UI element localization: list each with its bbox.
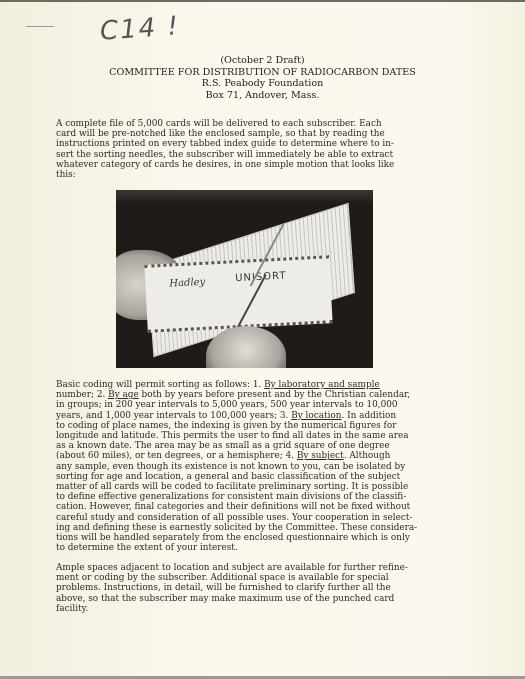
- paragraph-spaces: Ample spaces adjacent to location and su…: [56, 563, 486, 614]
- address: Box 71, Andover, Mass.: [0, 90, 525, 102]
- underlined-heading: By location: [291, 411, 341, 421]
- underlined-heading: By subject: [297, 451, 344, 461]
- handwritten-note: C14 !: [99, 11, 181, 47]
- draft-label: (October 2 Draft): [0, 55, 525, 67]
- text-line: any sample, even though its existence is…: [56, 462, 486, 472]
- text-run: cation. However, final categories and th…: [56, 502, 410, 512]
- pencil-mark: [26, 26, 54, 27]
- text-line: Ample spaces adjacent to location and su…: [56, 563, 486, 573]
- text-line: number; 2. By age both by years before p…: [56, 390, 486, 400]
- text-line: ing and defining these is earnestly soli…: [56, 523, 486, 533]
- text-line: instructions printed on every tabbed ind…: [56, 139, 486, 149]
- text-line: as a known date. The area may be as smal…: [56, 441, 486, 451]
- paragraph-coding: Basic coding will permit sorting as foll…: [56, 380, 486, 553]
- underlined-heading: By laboratory and sample: [264, 380, 380, 390]
- foundation-name: R.S. Peabody Foundation: [0, 78, 525, 90]
- text-run: longitude and latitude. This permits the…: [56, 431, 409, 441]
- text-line: to determine the extent of your interest…: [56, 543, 486, 553]
- text-line: A complete file of 5,000 cards will be d…: [56, 119, 486, 129]
- text-run: matter of all cards will be coded to fac…: [56, 482, 408, 492]
- text-line: tions will be handled separately from th…: [56, 533, 486, 543]
- text-line: problems. Instructions, in detail, will …: [56, 583, 486, 593]
- text-line: longitude and latitude. This permits the…: [56, 431, 486, 441]
- text-line: (about 60 miles), or ten degrees, or a h…: [56, 451, 486, 461]
- text-line: sorting for age and location, a general …: [56, 472, 486, 482]
- text-run: Basic coding will permit sorting as foll…: [56, 380, 264, 390]
- text-line: in groups; in 200 year intervals to 5,00…: [56, 400, 486, 410]
- text-run: as a known date. The area may be as smal…: [56, 441, 390, 451]
- text-run: careful study and consideration of all p…: [56, 513, 412, 523]
- text-run: . In addition: [341, 411, 396, 421]
- text-run: sorting for age and location, a general …: [56, 472, 400, 482]
- text-line: above, so that the subscriber may make m…: [56, 594, 486, 604]
- text-line: to define effective generalizations for …: [56, 492, 486, 502]
- document-page: C14 ! (October 2 Draft) COMMITTEE FOR DI…: [0, 0, 525, 679]
- text-line: years, and 1,000 year intervals to 100,0…: [56, 411, 486, 421]
- committee-name: COMMITTEE FOR DISTRIBUTION OF RADIOCARBO…: [0, 67, 525, 79]
- text-run: both by years before present and by the …: [139, 390, 411, 400]
- text-line: matter of all cards will be coded to fac…: [56, 482, 486, 492]
- card-brand: Hadley: [169, 277, 205, 290]
- text-run: number; 2.: [56, 390, 108, 400]
- text-line: facility.: [56, 604, 486, 614]
- text-run: tions will be handled separately from th…: [56, 533, 410, 543]
- text-run: (about 60 miles), or ten degrees, or a h…: [56, 451, 297, 461]
- underlined-heading: By age: [108, 390, 139, 400]
- text-run: to coding of place names, the indexing i…: [56, 421, 396, 431]
- letterhead: (October 2 Draft) COMMITTEE FOR DISTRIBU…: [0, 55, 525, 101]
- text-run: . Although: [344, 451, 391, 461]
- paragraph-intro: A complete file of 5,000 cards will be d…: [56, 119, 486, 180]
- text-line: this:: [56, 170, 486, 180]
- text-line: to coding of place names, the indexing i…: [56, 421, 486, 431]
- scan-top-edge: [0, 0, 525, 2]
- text-line: careful study and consideration of all p…: [56, 513, 486, 523]
- text-line: cation. However, final categories and th…: [56, 502, 486, 512]
- text-run: to define effective generalizations for …: [56, 492, 406, 502]
- text-line: card will be pre-notched like the enclos…: [56, 129, 486, 139]
- text-run: to determine the extent of your interest…: [56, 543, 238, 553]
- text-run: in groups; in 200 year intervals to 5,00…: [56, 400, 398, 410]
- text-line: sert the sorting needles, the subscriber…: [56, 150, 486, 160]
- text-run: years, and 1,000 year intervals to 100,0…: [56, 411, 291, 421]
- text-line: ment or coding by the subscriber. Additi…: [56, 573, 486, 583]
- text-line: Basic coding will permit sorting as foll…: [56, 380, 486, 390]
- text-line: whatever category of cards he desires, i…: [56, 160, 486, 170]
- text-run: any sample, even though its existence is…: [56, 462, 405, 472]
- punched-card-photo: Hadley UNISORT: [116, 190, 373, 368]
- text-run: ing and defining these is earnestly soli…: [56, 523, 417, 533]
